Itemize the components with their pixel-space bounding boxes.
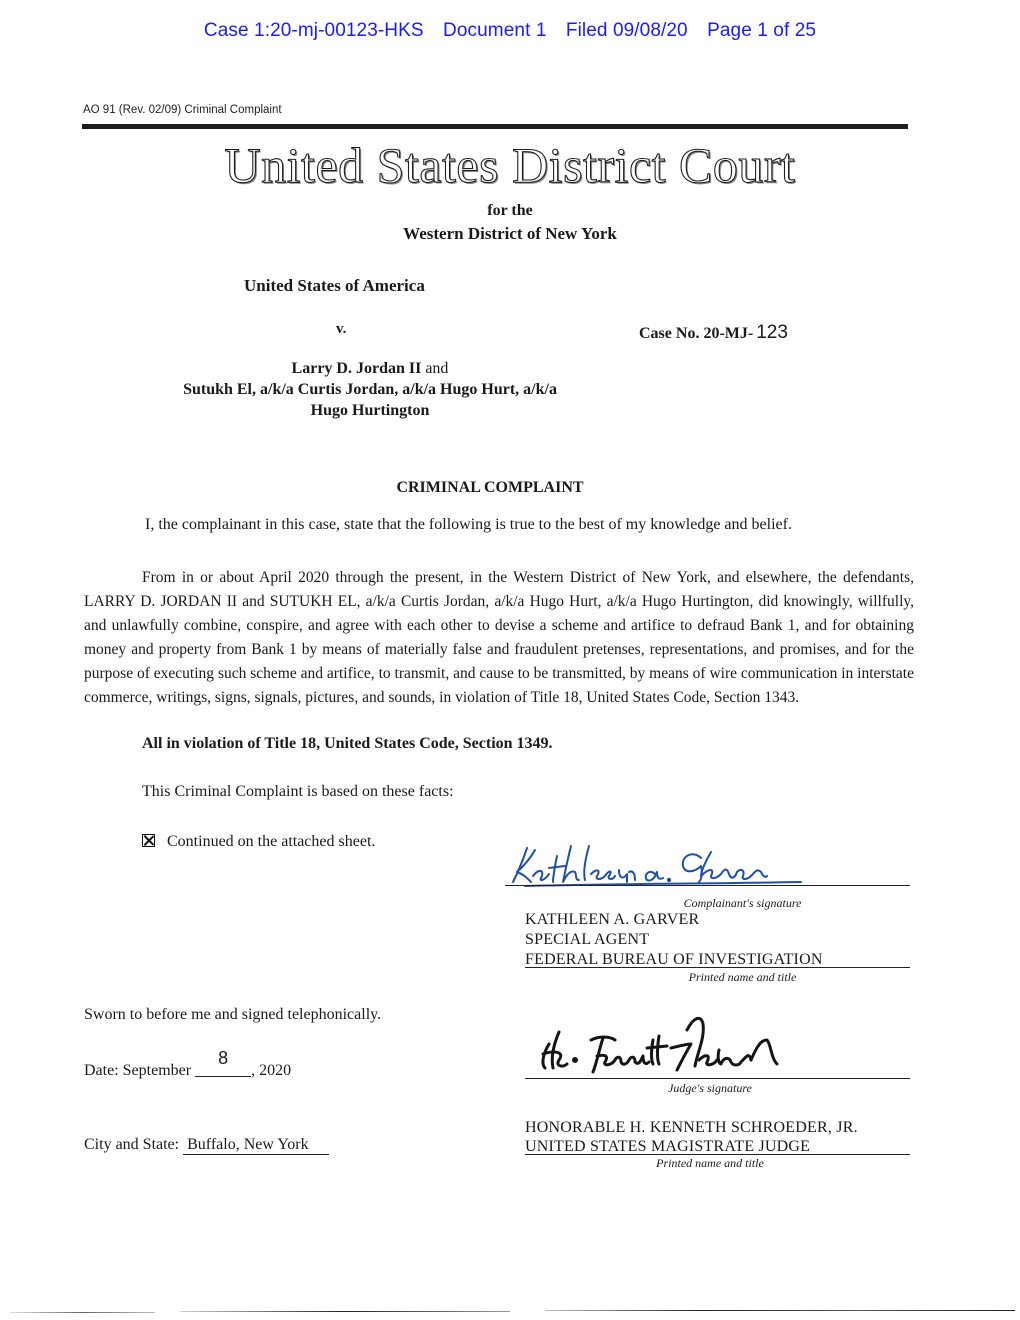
city-state: City and State: Buffalo, New York: [84, 1136, 329, 1155]
judge-signature: [535, 1010, 815, 1080]
scan-artifact: [545, 1310, 1015, 1311]
defendant-2-line: Sutukh El, a/k/a Curtis Jordan, a/k/a Hu…: [100, 379, 640, 400]
scan-artifact: [180, 1311, 510, 1312]
date-label: Date: September: [84, 1062, 191, 1079]
violation-statement: All in violation of Title 18, United Sta…: [142, 735, 553, 753]
scan-artifact: [10, 1312, 155, 1313]
versus-label: v.: [336, 321, 346, 338]
oath-date: Date: September 8, 2020: [84, 1062, 291, 1080]
date-day-value: 8: [195, 1048, 251, 1069]
complainant-signature-caption: Complainant's signature: [600, 896, 885, 911]
for-the-label: for the: [0, 202, 1020, 220]
defendants: Larry D. Jordan II and Sutukh El, a/k/a …: [100, 358, 640, 421]
judge-signature-caption: Judge's signature: [610, 1081, 810, 1096]
city-state-label: City and State:: [84, 1136, 179, 1153]
plaintiff-name: United States of America: [244, 276, 425, 296]
header-rule: [82, 124, 908, 129]
complainant-signature-line: [505, 885, 910, 886]
complainant-printed-caption: Printed name and title: [600, 970, 885, 985]
date-year: , 2020: [251, 1062, 291, 1079]
date-day-field: 8: [195, 1062, 251, 1077]
city-state-value: Buffalo, New York: [183, 1136, 328, 1155]
case-number-value: 123: [756, 322, 788, 343]
complainant-name: KATHLEEN A. GARVER: [525, 910, 699, 930]
court-title: United States District Court: [0, 136, 1020, 194]
complainant-signature: [505, 838, 805, 888]
stamp-case-number: Case 1:20-mj-00123-HKS: [204, 20, 424, 41]
defendant-2-line-cont: Hugo Hurtington: [100, 400, 640, 421]
complaint-intro: I, the complainant in this case, state t…: [145, 516, 792, 534]
complainant-agency-line: [525, 967, 910, 968]
defendant-1-suffix: and: [421, 360, 448, 377]
stamp-filed-date: Filed 09/08/20: [566, 20, 688, 41]
judge-name: HONORABLE H. KENNETH SCHROEDER, JR.: [525, 1118, 858, 1138]
continued-label: Continued on the attached sheet.: [167, 833, 375, 850]
judge-title-line: [525, 1154, 910, 1155]
judge-signature-line: [525, 1078, 910, 1079]
facts-statement: This Criminal Complaint is based on thes…: [142, 783, 454, 801]
case-number-label: Case No. 20-MJ-: [639, 325, 753, 342]
filing-stamp: Case 1:20-mj-00123-HKS Document 1 Filed …: [0, 20, 1020, 42]
complaint-paragraph: From in or about April 2020 through the …: [84, 566, 914, 710]
case-number: Case No. 20-MJ-123: [639, 322, 788, 344]
stamp-page: Page 1 of 25: [707, 20, 816, 41]
form-id: AO 91 (Rev. 02/09) Criminal Complaint: [83, 104, 282, 116]
complaint-heading: CRIMINAL COMPLAINT: [0, 479, 980, 497]
defendant-1-name: Larry D. Jordan II: [292, 360, 422, 377]
continued-option[interactable]: Continued on the attached sheet.: [142, 833, 375, 851]
complaint-paragraph-text: From in or about April 2020 through the …: [84, 569, 914, 706]
district-name: Western District of New York: [0, 224, 1020, 244]
complainant-title: SPECIAL AGENT: [525, 930, 649, 950]
judge-printed-caption: Printed name and title: [610, 1156, 810, 1171]
sworn-statement: Sworn to before me and signed telephonic…: [84, 1006, 381, 1024]
stamp-document: Document 1: [443, 20, 546, 41]
continued-checkbox[interactable]: [142, 834, 155, 847]
